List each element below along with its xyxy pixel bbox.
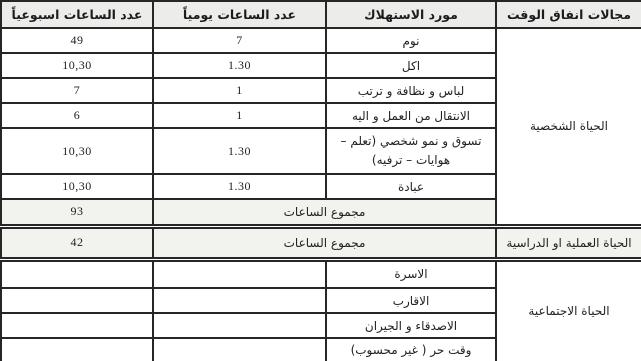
header-weekly-hours: عدد الساعات اسبوعياً bbox=[1, 1, 153, 28]
cell-source: الاسرة bbox=[326, 259, 496, 288]
total-hours-label: مجموع الساعات bbox=[153, 199, 496, 226]
cell-weekly-hours bbox=[1, 288, 153, 313]
cell-source: تسوق و نمو شخصي (تعلم – هوايات – ترفيه) bbox=[326, 128, 496, 174]
page: مجالات انفاق الوقت مورد الاستهلاك عدد ال… bbox=[0, 0, 641, 361]
cell-weekly-hours bbox=[1, 338, 153, 361]
cell-daily-hours: 1 bbox=[153, 78, 326, 103]
header-row: مجالات انفاق الوقت مورد الاستهلاك عدد ال… bbox=[1, 1, 641, 28]
header-source: مورد الاستهلاك bbox=[326, 1, 496, 28]
cell-source: لباس و نظافة و ترتب bbox=[326, 78, 496, 103]
cell-daily-hours: 1.30 bbox=[153, 174, 326, 199]
cell-daily-hours: 1 bbox=[153, 103, 326, 128]
cell-source: اكل bbox=[326, 53, 496, 78]
cell-weekly-hours: 6 bbox=[1, 103, 153, 128]
cell-daily-hours: 1.30 bbox=[153, 128, 326, 174]
group-cell-social-life: الحياة الاجتماعية bbox=[496, 259, 641, 361]
cell-weekly-hours: 7 bbox=[1, 78, 153, 103]
cell-weekly-hours: 10,30 bbox=[1, 128, 153, 174]
cell-daily-hours: 7 bbox=[153, 28, 326, 53]
table-row: الحياة الشخصية نوم 7 49 bbox=[1, 28, 641, 53]
cell-daily-hours bbox=[153, 313, 326, 338]
table-row: الحياة الاجتماعية الاسرة bbox=[1, 259, 641, 288]
work-total-value: 42 bbox=[1, 226, 153, 259]
group-cell-work-study-life: الحياة العملية او الدراسية bbox=[496, 226, 641, 259]
cell-weekly-hours bbox=[1, 313, 153, 338]
cell-source: الاقارب bbox=[326, 288, 496, 313]
cell-weekly-hours bbox=[1, 259, 153, 288]
cell-weekly-hours: 10,30 bbox=[1, 174, 153, 199]
personal-total-value: 93 bbox=[1, 199, 153, 226]
total-hours-label: مجموع الساعات bbox=[153, 226, 496, 259]
cell-source: نوم bbox=[326, 28, 496, 53]
header-daily-hours: عدد الساعات يومياً bbox=[153, 1, 326, 28]
time-allocation-table: مجالات انفاق الوقت مورد الاستهلاك عدد ال… bbox=[0, 0, 641, 361]
header-areas: مجالات انفاق الوقت bbox=[496, 1, 641, 28]
cell-weekly-hours: 49 bbox=[1, 28, 153, 53]
cell-daily-hours bbox=[153, 288, 326, 313]
work-total-row: الحياة العملية او الدراسية مجموع الساعات… bbox=[1, 226, 641, 259]
group-cell-personal-life: الحياة الشخصية bbox=[496, 28, 641, 226]
cell-source: وقت حر ( غير محسوب) bbox=[326, 338, 496, 361]
cell-daily-hours: 1.30 bbox=[153, 53, 326, 78]
cell-daily-hours bbox=[153, 259, 326, 288]
cell-source: عبادة bbox=[326, 174, 496, 199]
cell-daily-hours bbox=[153, 338, 326, 361]
cell-source: الاصدقاء و الجيران bbox=[326, 313, 496, 338]
cell-weekly-hours: 10,30 bbox=[1, 53, 153, 78]
cell-source: الانتقال من العمل و اليه bbox=[326, 103, 496, 128]
